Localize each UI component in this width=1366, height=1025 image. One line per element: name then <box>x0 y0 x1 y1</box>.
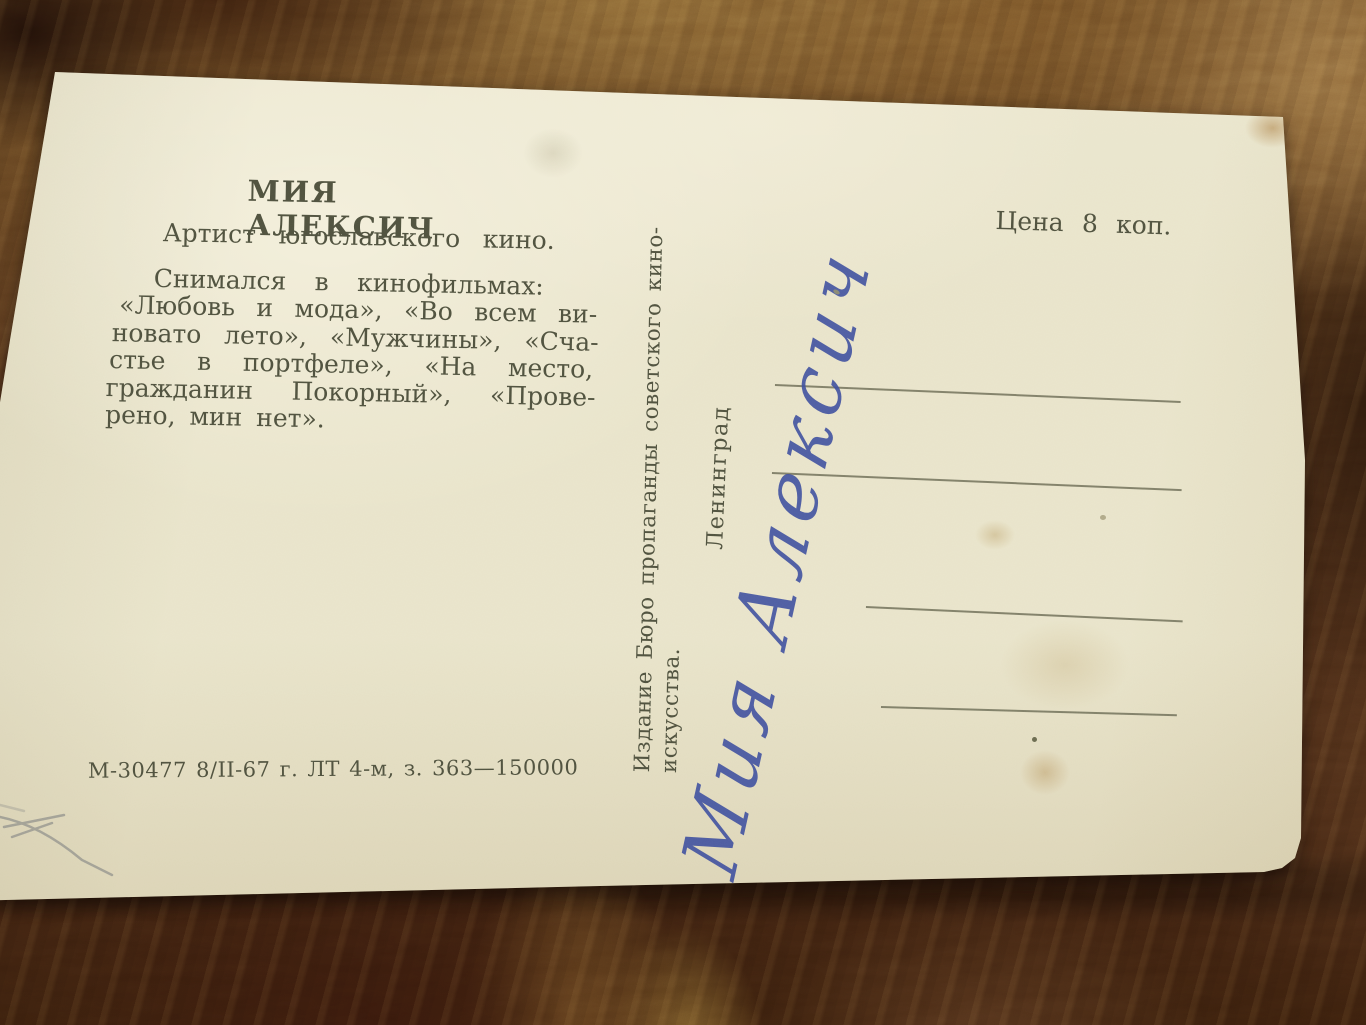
stain <box>523 128 583 178</box>
address-line <box>866 606 1183 622</box>
price-label: Цена 8 коп. <box>995 206 1172 241</box>
stain <box>975 520 1015 550</box>
filmography-paragraph: Снимался в кинофильмах: «Любовь и мода»,… <box>105 264 613 438</box>
card-title: МИЯ АЛЕКСИЧ <box>247 174 508 225</box>
postcard-back: МИЯ АЛЕКСИЧ Артист югославского кино. Сн… <box>0 0 1366 1025</box>
speck <box>1100 515 1106 520</box>
publisher-imprint: Издание Бюро пропаганды советского кино-… <box>629 177 698 773</box>
photo-of-postcard-on-fur: МИЯ АЛЕКСИЧ Артист югославского кино. Сн… <box>0 0 1366 1025</box>
postcard-paper: МИЯ АЛЕКСИЧ Артист югославского кино. Сн… <box>0 0 1366 1025</box>
publisher-city: Ленинград <box>702 389 735 550</box>
pencil-scribble <box>0 795 260 890</box>
address-line <box>881 706 1177 716</box>
speck <box>1032 737 1037 742</box>
printed-text-column: МИЯ АЛЕКСИЧ Артист югославского кино. Сн… <box>105 171 615 438</box>
print-code: М-30477 8/II-67 г. ЛТ 4-м, з. 363—150000 <box>88 755 579 782</box>
stain <box>1020 750 1070 795</box>
stain <box>1000 620 1130 710</box>
stain <box>1245 108 1300 148</box>
signature-handwriting: Мия Алексич <box>665 211 931 890</box>
